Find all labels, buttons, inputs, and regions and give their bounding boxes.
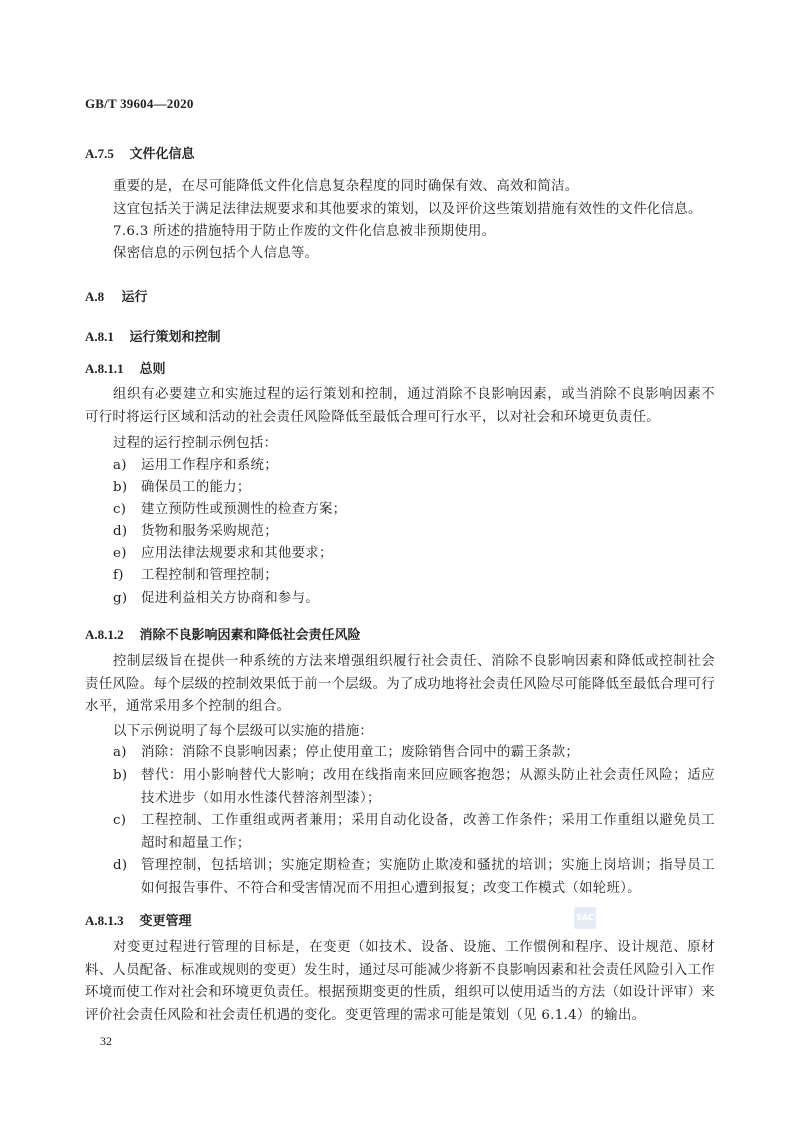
list-item: b) 确保员工的能力；: [113, 477, 715, 500]
list-intro: 以下示例说明了每个层级可以实施的措施：: [113, 720, 373, 739]
list-item: f) 工程控制和管理控制；: [113, 565, 715, 588]
list-intro: 过程的运行控制示例包括：: [113, 432, 277, 451]
section-title: 总则: [140, 362, 166, 377]
list-text: 促进利益相关方协商和参与。: [141, 588, 715, 611]
list-label: d): [113, 521, 139, 544]
list-item: c) 建立预防性或预测性的检查方案；: [113, 499, 715, 522]
section-number: A.7.5: [85, 146, 125, 162]
section-title: 运行: [122, 290, 148, 305]
section-number: A.8: [85, 289, 117, 305]
list-label: c): [113, 499, 139, 522]
section-title: 变更管理: [140, 914, 192, 929]
section-title: 运行策划和控制: [130, 330, 221, 345]
list-text: 工程控制和管理控制；: [141, 565, 715, 588]
standard-code: GB/T 39604—2020: [85, 96, 194, 112]
list-item: a) 运用工作程序和系统；: [113, 455, 715, 478]
list-label: b): [113, 477, 139, 500]
page-number: 32: [100, 1034, 112, 1049]
section-number: A.8.1.3: [85, 913, 135, 929]
list-text: 应用法律法规要求和其他要求；: [141, 543, 715, 566]
list-text: 消除：消除不良影响因素；停止使用童工；废除销售合同中的霸王条款；: [141, 742, 715, 765]
list-text: 管理控制，包括培训；实施定期检查；实施防止欺凌和骚扰的培训；实施上岗培训；指导员…: [141, 855, 715, 900]
section-number: A.8.1.1: [85, 361, 135, 377]
list-item: d) 货物和服务采购规范；: [113, 521, 715, 544]
paragraph: 对变更过程进行管理的目标是，在变更（如技术、设备、设施、工作惯例和程序、设计规范…: [85, 937, 715, 1027]
section-heading-a813: A.8.1.3 变更管理: [85, 910, 192, 929]
list-label: c): [113, 810, 139, 833]
list-label: g): [113, 588, 139, 611]
paragraph-line: 这宜包括关于满足法律法规要求和其他要求的策划，以及评价这些策划措施有效性的文件化…: [113, 198, 702, 217]
section-title: 消除不良影响因素和降低社会责任风险: [140, 628, 361, 643]
paragraph: 控制层级旨在提供一种系统的方法来增强组织履行社会责任、消除不良影响因素和降低或控…: [85, 651, 715, 719]
section-heading-a811: A.8.1.1 总则: [85, 358, 166, 377]
list-text: 替代：用小影响替代大影响；改用在线指南来回应顾客抱怨；从源头防止社会责任风险；适…: [141, 765, 715, 810]
list-item: e) 应用法律法规要求和其他要求；: [113, 543, 715, 566]
list-label: b): [113, 765, 139, 788]
section-number: A.8.1: [85, 329, 125, 345]
list-text: 货物和服务采购规范；: [141, 521, 715, 544]
paragraph-line: 保密信息的示例包括个人信息等。: [113, 242, 318, 261]
list-text: 确保员工的能力；: [141, 477, 715, 500]
section-number: A.8.1.2: [85, 627, 135, 643]
section-title: 文件化信息: [130, 147, 195, 162]
paragraph-line: 重要的是，在尽可能降低文件化信息复杂程度的同时确保有效、高效和简洁。: [113, 175, 578, 194]
paragraph: 组织有必要建立和实施过程的运行策划和控制，通过消除不良影响因素，或当消除不良影响…: [85, 384, 715, 429]
section-heading-a81: A.8.1 运行策划和控制: [85, 326, 221, 345]
section-heading-a812: A.8.1.2 消除不良影响因素和降低社会责任风险: [85, 624, 361, 643]
list-text: 建立预防性或预测性的检查方案；: [141, 499, 715, 522]
paragraph-line: 7.6.3 所述的措施特用于防止作废的文件化信息被非预期使用。: [113, 220, 495, 239]
list-item: g) 促进利益相关方协商和参与。: [113, 588, 715, 611]
list-label: a): [113, 742, 139, 765]
section-heading-a8: A.8 运行: [85, 286, 148, 305]
sac-watermark-logo: SAC: [574, 907, 596, 929]
list-label: e): [113, 543, 139, 566]
list-item: a) 消除：消除不良影响因素；停止使用童工；废除销售合同中的霸王条款；: [113, 742, 715, 765]
list-label: f): [113, 565, 139, 588]
list-item: d) 管理控制，包括培训；实施定期检查；实施防止欺凌和骚扰的培训；实施上岗培训；…: [113, 855, 715, 900]
list-label: a): [113, 455, 139, 478]
list-item: c) 工程控制、工作重组或两者兼用；采用自动化设备，改善工作条件；采用工作重组以…: [113, 810, 715, 855]
list-item: b) 替代：用小影响替代大影响；改用在线指南来回应顾客抱怨；从源头防止社会责任风…: [113, 765, 715, 810]
list-text: 工程控制、工作重组或两者兼用；采用自动化设备，改善工作条件；采用工作重组以避免员…: [141, 810, 715, 855]
list-label: d): [113, 855, 139, 878]
section-heading-a75: A.7.5 文件化信息: [85, 143, 195, 162]
list-text: 运用工作程序和系统；: [141, 455, 715, 478]
